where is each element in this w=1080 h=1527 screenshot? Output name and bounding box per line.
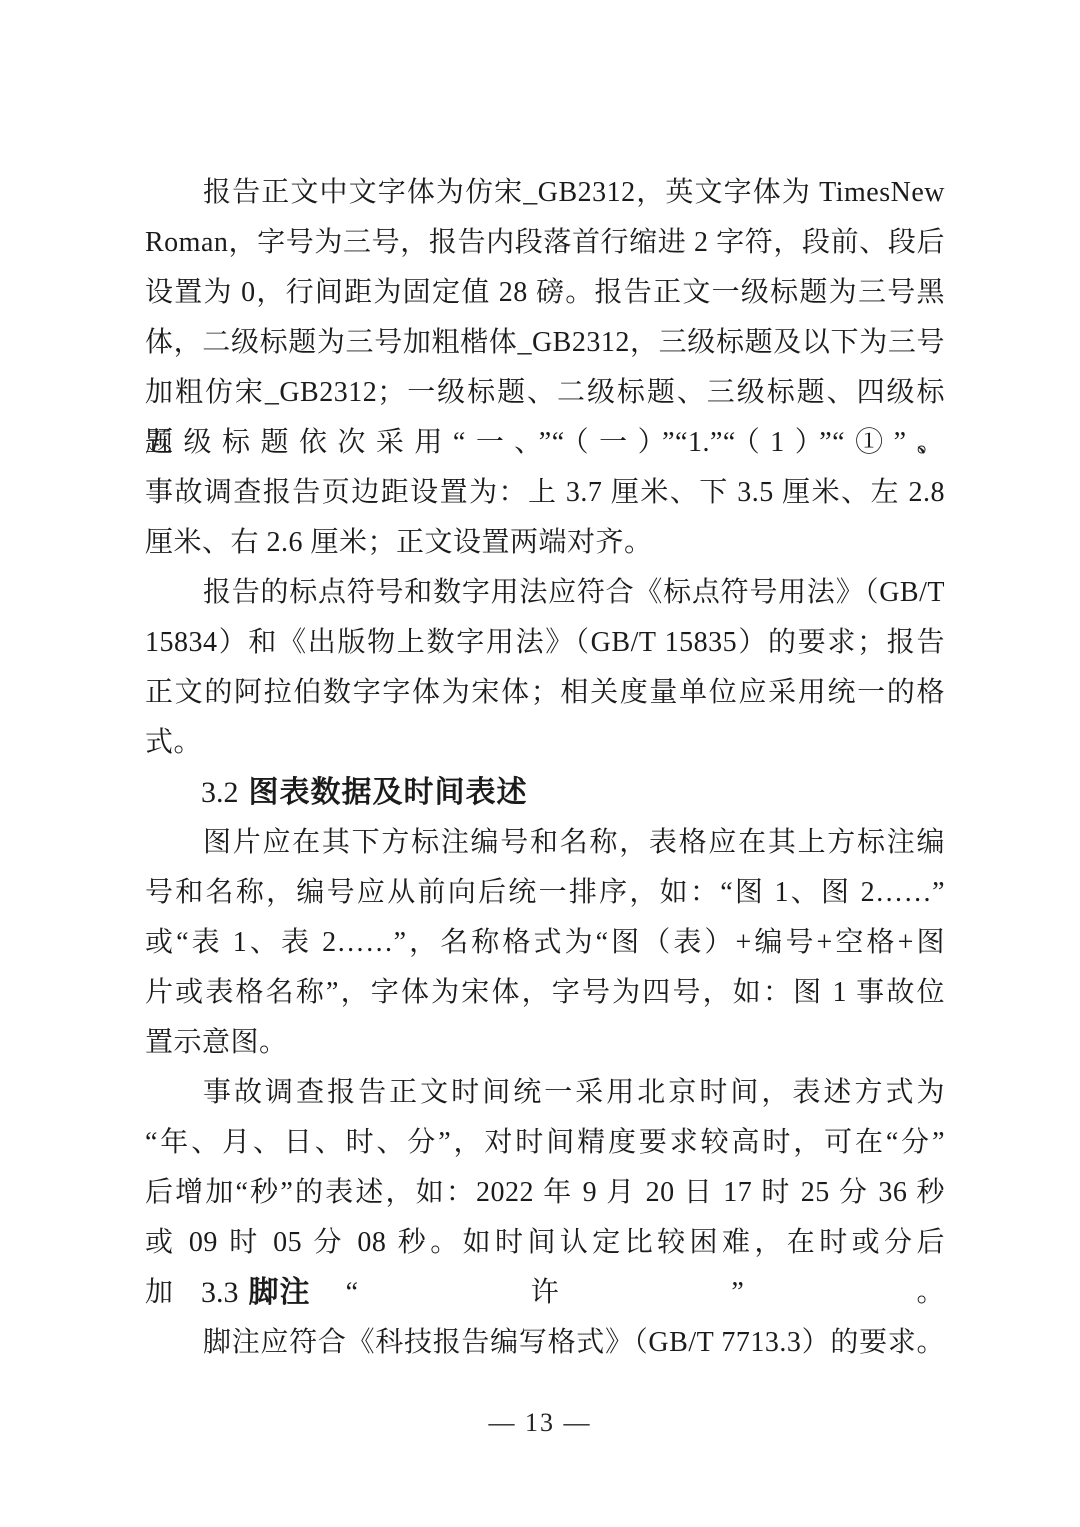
body-line: 式。 bbox=[145, 718, 945, 768]
body-line: 事故调查报告正文时间统一采用北京时间，表述方式为 bbox=[145, 1068, 945, 1118]
body-line: 或“表 1、表 2……”，名称格式为“图（表）+编号+空格+图 bbox=[145, 918, 945, 968]
body-line: 图片应在其下方标注编号和名称，表格应在其上方标注编 bbox=[145, 818, 945, 868]
document-page: 报告正文中文字体为仿宋_GB2312，英文字体为 TimesNew Roman，… bbox=[0, 0, 1080, 1527]
page-number: — 13 — bbox=[0, 1408, 1080, 1438]
body-line: 脚注应符合《科技报告编写格式》（GB/T 7713.3）的要求。 bbox=[145, 1318, 945, 1368]
body-line: “年、月、日、时、分”，对时间精度要求较高时，可在“分” bbox=[145, 1118, 945, 1168]
body-line: 报告正文中文字体为仿宋_GB2312，英文字体为 TimesNew bbox=[145, 168, 945, 218]
document-body: 报告正文中文字体为仿宋_GB2312，英文字体为 TimesNew Roman，… bbox=[145, 168, 945, 1368]
body-line: Roman，字号为三号，报告内段落首行缩进 2 字符，段前、段后 bbox=[145, 218, 945, 268]
paragraph: 脚注应符合《科技报告编写格式》（GB/T 7713.3）的要求。 bbox=[145, 1318, 945, 1368]
section-number: 3.3 bbox=[201, 1276, 239, 1309]
body-line: 置示意图。 bbox=[145, 1018, 945, 1068]
body-line: 事故调查报告页边距设置为：上 3.7 厘米、下 3.5 厘米、左 2.8 bbox=[145, 468, 945, 518]
paragraph: 事故调查报告正文时间统一采用北京时间，表述方式为 “年、月、日、时、分”，对时间… bbox=[145, 1068, 945, 1268]
section-number: 3.2 bbox=[201, 776, 239, 809]
body-line: 正文的阿拉伯数字字体为宋体；相关度量单位应采用统一的格 bbox=[145, 668, 945, 718]
section-title: 图表数据及时间表述 bbox=[249, 776, 528, 809]
section-heading-3-2: 3.2图表数据及时间表述 bbox=[145, 768, 945, 818]
body-line: 片或表格名称”，字体为宋体，字号为四号，如：图 1 事故位 bbox=[145, 968, 945, 1018]
body-line: 后增加“秒”的表述，如：2022 年 9 月 20 日 17 时 25 分 36… bbox=[145, 1168, 945, 1218]
paragraph: 图片应在其下方标注编号和名称，表格应在其上方标注编 号和名称，编号应从前向后统一… bbox=[145, 818, 945, 1068]
body-line: 设置为 0，行间距为固定值 28 磅。报告正文一级标题为三号黑 bbox=[145, 268, 945, 318]
body-line: 报告的标点符号和数字用法应符合《标点符号用法》（GB/T bbox=[145, 568, 945, 618]
body-line: 五级标题依次采用“一、”“（一）”“1.”“（1）”“①”。 bbox=[145, 418, 945, 468]
body-line: 号和名称，编号应从前向后统一排序，如：“图 1、图 2……” bbox=[145, 868, 945, 918]
body-line: 加粗仿宋_GB2312；一级标题、二级标题、三级标题、四级标题、 bbox=[145, 368, 945, 418]
paragraph: 报告的标点符号和数字用法应符合《标点符号用法》（GB/T 15834）和《出版物… bbox=[145, 568, 945, 768]
body-line: 体，二级标题为三号加粗楷体_GB2312，三级标题及以下为三号 bbox=[145, 318, 945, 368]
body-line: 厘米、右 2.6 厘米；正文设置两端对齐。 bbox=[145, 518, 945, 568]
section-title: 脚注 bbox=[249, 1276, 311, 1309]
body-line: 或 09 时 05 分 08 秒。如时间认定比较困难，在时或分后加“许”。 bbox=[145, 1218, 945, 1268]
paragraph: 报告正文中文字体为仿宋_GB2312，英文字体为 TimesNew Roman，… bbox=[145, 168, 945, 568]
body-line: 15834）和《出版物上数字用法》（GB/T 15835）的要求；报告 bbox=[145, 618, 945, 668]
